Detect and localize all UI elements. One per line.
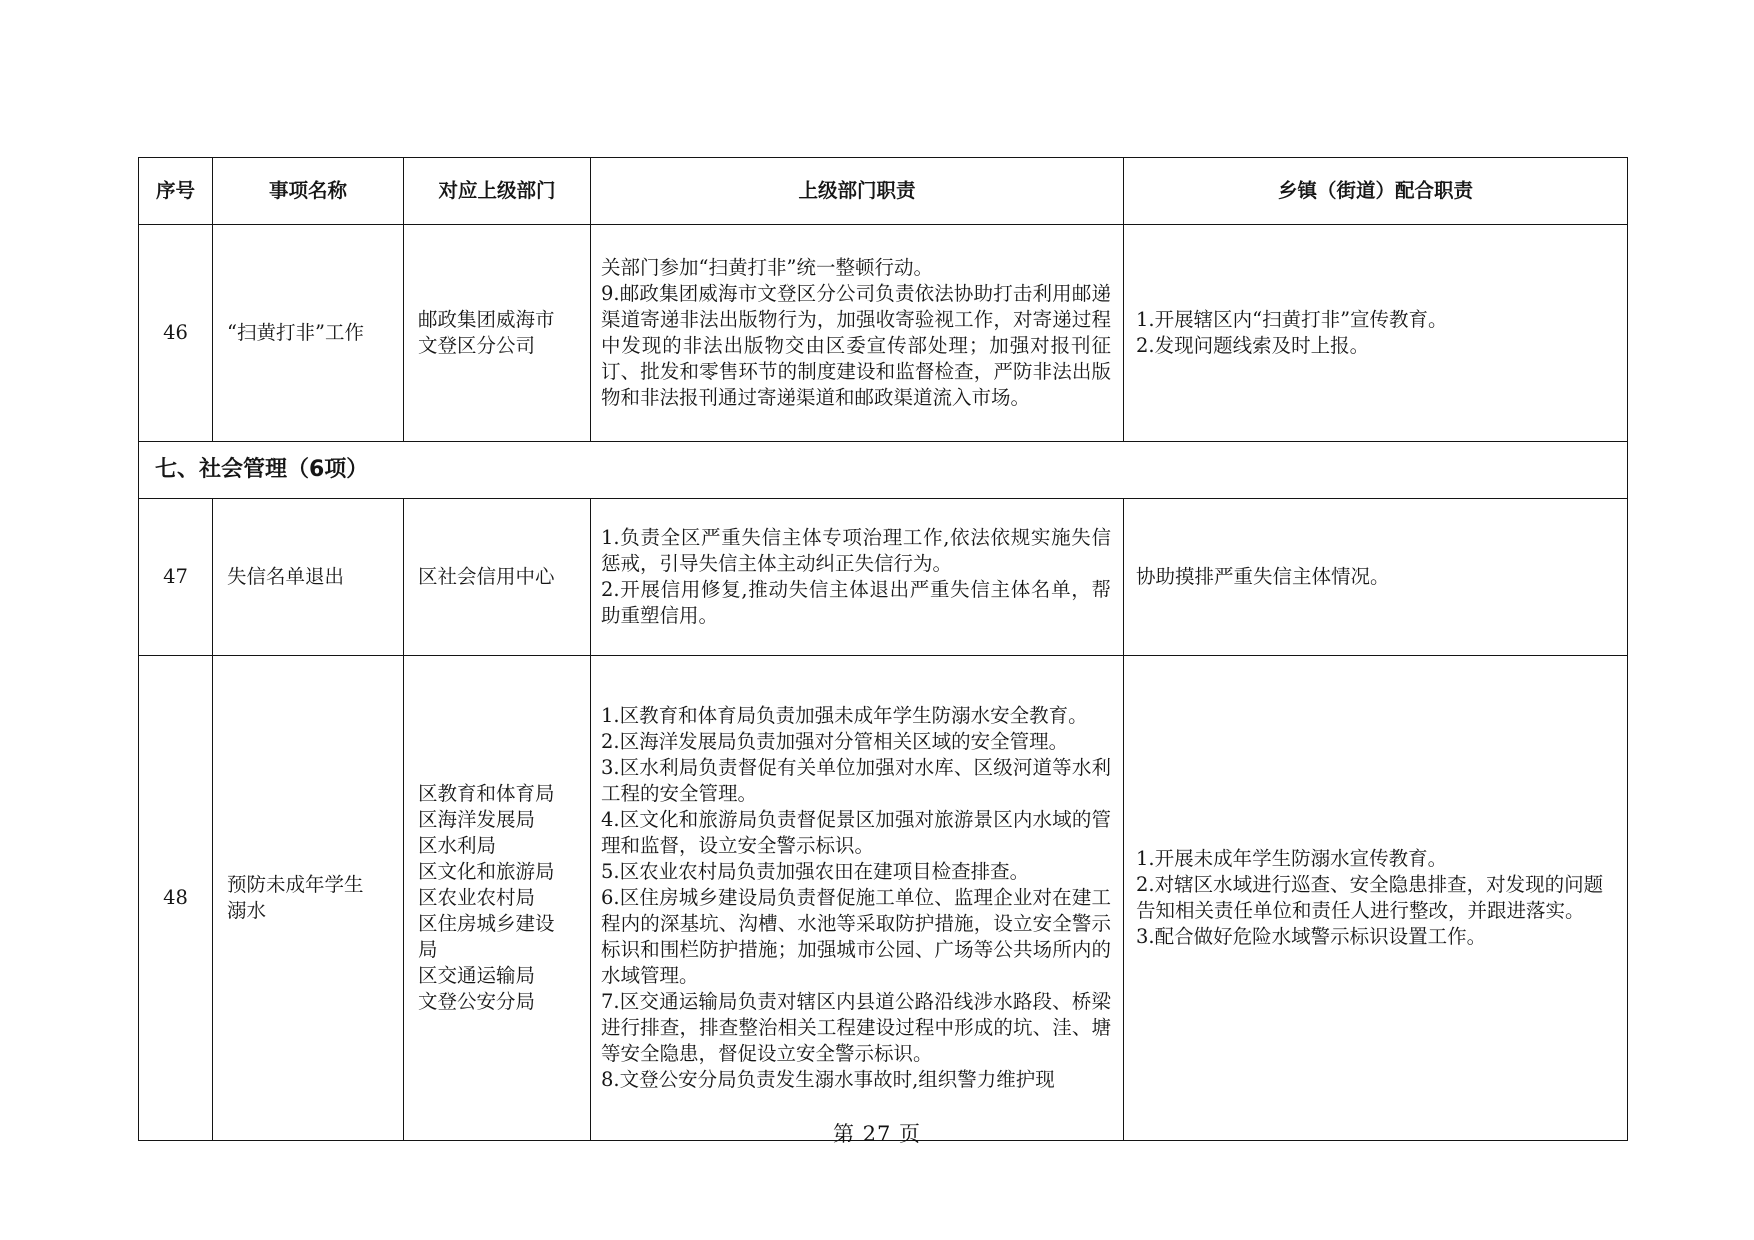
cooperation-duties-cell: 1.开展未成年学生防溺水宣传教育。 2.对辖区水域进行巡查、安全隐患排查，对发现… [1124, 656, 1628, 1141]
section-header-label: 七、社会管理（6项） [139, 442, 1628, 499]
department-cell: 区教育和体育局 区海洋发展局 区水利局 区文化和旅游局 区农业农村局 区住房城乡… [404, 656, 591, 1141]
cooperation-duties-cell: 协助摸排严重失信主体情况。 [1124, 499, 1628, 656]
item-name-cell: 失信名单退出 [213, 499, 404, 656]
column-header-department: 对应上级部门 [404, 158, 591, 225]
department-cell: 区社会信用中心 [404, 499, 591, 656]
seq-cell: 46 [139, 225, 213, 442]
cooperation-duties-cell: 1.开展辖区内“扫黄打非”宣传教育。 2.发现问题线索及时上报。 [1124, 225, 1628, 442]
column-header-item: 事项名称 [213, 158, 404, 225]
seq-cell: 48 [139, 656, 213, 1141]
table-row-47: 47 失信名单退出 区社会信用中心 1.负责全区严重失信主体专项治理工作,依法依… [139, 499, 1628, 656]
duty-allocation-table: 序号 事项名称 对应上级部门 上级部门职责 乡镇（街道）配合职责 46 “扫黄打… [138, 157, 1628, 1141]
table-row-48: 48 预防未成年学生溺水 区教育和体育局 区海洋发展局 区水利局 区文化和旅游局… [139, 656, 1628, 1141]
section-header-row: 七、社会管理（6项） [139, 442, 1628, 499]
page-number: 第 27 页 [0, 1118, 1754, 1148]
superior-duties-cell: 关部门参加“扫黄打非”统一整顿行动。 9.邮政集团威海市文登区分公司负责依法协助… [591, 225, 1124, 442]
item-name-cell: 预防未成年学生溺水 [213, 656, 404, 1141]
item-name-cell: “扫黄打非”工作 [213, 225, 404, 442]
superior-duties-cell: 1.负责全区严重失信主体专项治理工作,依法依规实施失信惩戒，引导失信主体主动纠正… [591, 499, 1124, 656]
header-row: 序号 事项名称 对应上级部门 上级部门职责 乡镇（街道）配合职责 [139, 158, 1628, 225]
column-header-cooperation: 乡镇（街道）配合职责 [1124, 158, 1628, 225]
document-page: 序号 事项名称 对应上级部门 上级部门职责 乡镇（街道）配合职责 46 “扫黄打… [0, 0, 1754, 1240]
column-header-seq: 序号 [139, 158, 213, 225]
seq-cell: 47 [139, 499, 213, 656]
superior-duties-cell: 1.区教育和体育局负责加强未成年学生防溺水安全教育。 2.区海洋发展局负责加强对… [591, 656, 1124, 1141]
department-cell: 邮政集团威海市文登区分公司 [404, 225, 591, 442]
column-header-duties: 上级部门职责 [591, 158, 1124, 225]
table-row-46: 46 “扫黄打非”工作 邮政集团威海市文登区分公司 关部门参加“扫黄打非”统一整… [139, 225, 1628, 442]
